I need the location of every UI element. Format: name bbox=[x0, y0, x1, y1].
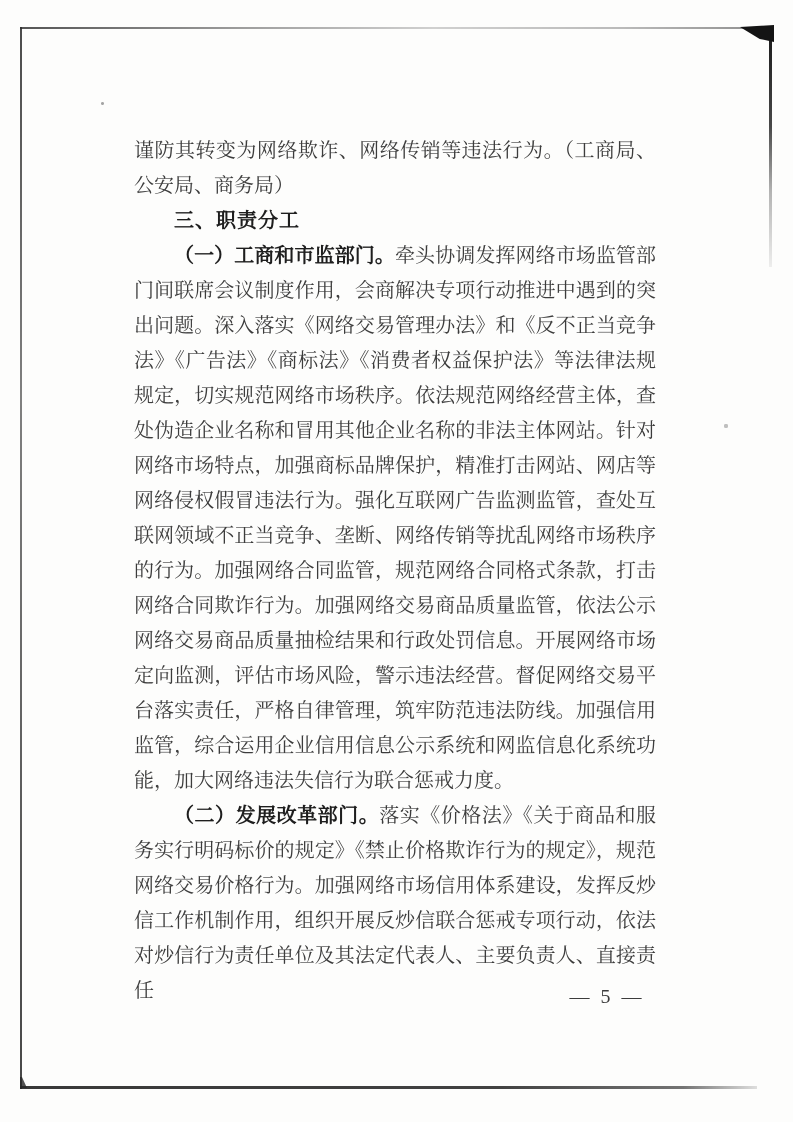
paragraph-item-2: （二）发展改革部门。落实《价格法》《关于商品和服务实行明码标价的规定》《禁止价格… bbox=[134, 799, 656, 1009]
scanned-document-page: 谨防其转变为网络欺诈、网络传销等违法行为。（工商局、公安局、商务局） 三、职责分… bbox=[0, 0, 793, 1122]
page-corner-fold-artifact bbox=[740, 25, 774, 42]
paragraph-item-2-text: 落实《价格法》《关于商品和服务实行明码标价的规定》《禁止价格欺诈行为的规定》，规… bbox=[134, 805, 656, 1002]
paragraph-item-1-lead: （一）工商和市监部门。 bbox=[174, 245, 395, 267]
section-heading-text: 三、职责分工 bbox=[174, 210, 300, 232]
scan-border-top bbox=[20, 27, 772, 29]
section-heading: 三、职责分工 bbox=[134, 204, 656, 239]
scan-speck bbox=[101, 102, 104, 105]
paragraph-item-2-lead: （二）发展改革部门。 bbox=[174, 805, 379, 827]
paragraph-continuation: 谨防其转变为网络欺诈、网络传销等违法行为。（工商局、公安局、商务局） bbox=[134, 134, 656, 204]
paragraph-item-1: （一）工商和市监部门。牵头协调发挥网络市场监管部门间联席会议制度作用，会商解决专… bbox=[134, 239, 656, 799]
scan-corner-blob-artifact bbox=[20, 1077, 27, 1088]
scan-border-left bbox=[20, 27, 22, 1089]
paragraph-item-1-text: 牵头协调发挥网络市场监管部门间联席会议制度作用，会商解决专项行动推进中遇到的突出… bbox=[134, 245, 656, 792]
scan-speck bbox=[724, 424, 728, 428]
scan-border-right bbox=[769, 32, 772, 267]
page-number: — 5 — bbox=[548, 986, 666, 1009]
scan-border-bottom bbox=[20, 1086, 757, 1089]
document-body: 谨防其转变为网络欺诈、网络传销等违法行为。（工商局、公安局、商务局） 三、职责分… bbox=[134, 134, 656, 1009]
paragraph-continuation-text: 谨防其转变为网络欺诈、网络传销等违法行为。（工商局、公安局、商务局） bbox=[134, 140, 656, 197]
